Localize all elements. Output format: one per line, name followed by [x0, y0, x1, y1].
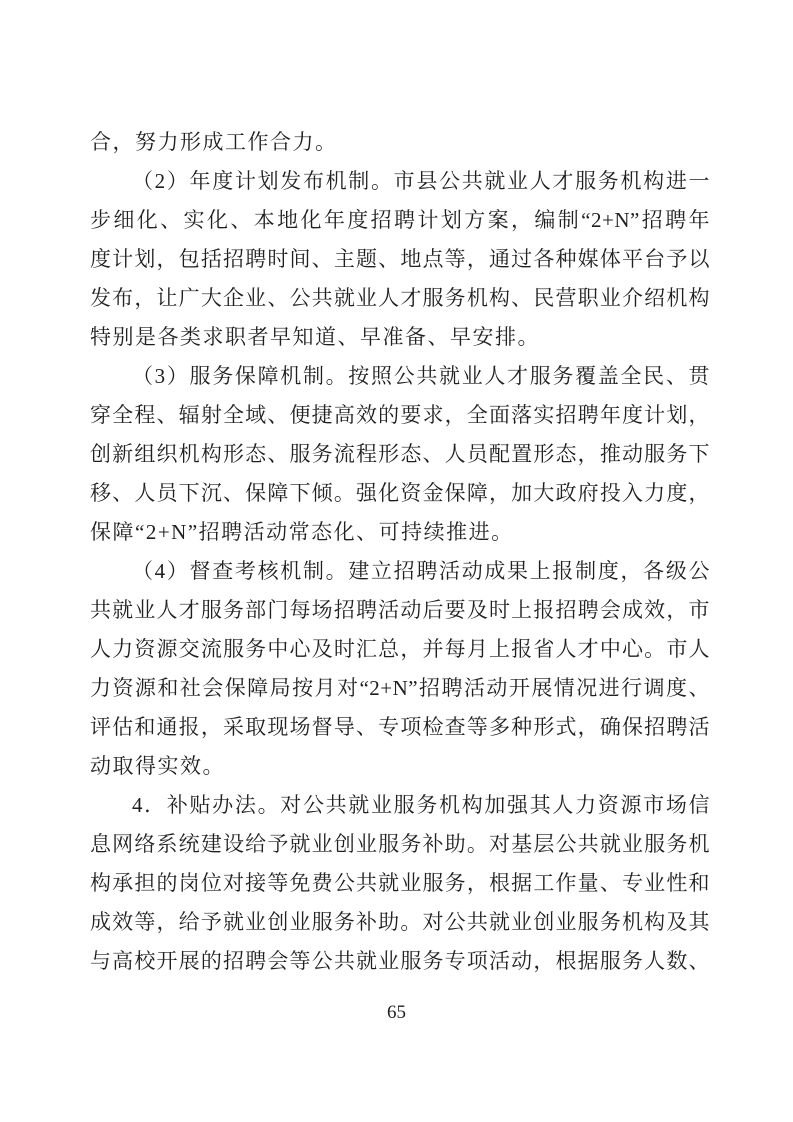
text-line: 成效等，给予就业创业服务补助。对公共就业创业服务机构及其	[90, 903, 710, 942]
document-page: 合，努力形成工作合力。（2）年度计划发布机制。市县公共就业人才服务机构进一步细化…	[0, 0, 793, 1122]
page-number: 65	[0, 1000, 793, 1026]
text-line: （4）督查考核机制。建立招聘活动成果上报制度，各级公	[90, 552, 710, 591]
text-line: （2）年度计划发布机制。市县公共就业人才服务机构进一	[90, 162, 710, 201]
text-line: 特别是各类求职者早知道、早准备、早安排。	[90, 318, 710, 357]
text-line: （3）服务保障机制。按照公共就业人才服务覆盖全民、贯	[90, 357, 710, 396]
text-line: 评估和通报，采取现场督导、专项检查等多种形式，确保招聘活	[90, 708, 710, 747]
text-line: 人力资源交流服务中心及时汇总，并每月上报省人才中心。市人	[90, 630, 710, 669]
text-line: 度计划，包括招聘时间、主题、地点等，通过各种媒体平台予以	[90, 240, 710, 279]
text-line: 保障“2+N”招聘活动常态化、可持续推进。	[90, 513, 710, 552]
text-line: 创新组织机构形态、服务流程形态、人员配置形态，推动服务下	[90, 435, 710, 474]
text-line: 移、人员下沉、保障下倾。强化资金保障，加大政府投入力度，	[90, 474, 710, 513]
text-line: 发布，让广大企业、公共就业人才服务机构、民营职业介绍机构	[90, 279, 710, 318]
text-line: 4．补贴办法。对公共就业服务机构加强其人力资源市场信	[90, 786, 710, 825]
text-line: 构承担的岗位对接等免费公共就业服务，根据工作量、专业性和	[90, 864, 710, 903]
text-line: 步细化、实化、本地化年度招聘计划方案，编制“2+N”招聘年	[90, 201, 710, 240]
text-line: 息网络系统建设给予就业创业服务补助。对基层公共就业服务机	[90, 825, 710, 864]
text-line: 穿全程、辐射全域、便捷高效的要求，全面落实招聘年度计划，	[90, 396, 710, 435]
text-line: 与高校开展的招聘会等公共就业服务专项活动，根据服务人数、	[90, 942, 710, 981]
body-text: 合，努力形成工作合力。（2）年度计划发布机制。市县公共就业人才服务机构进一步细化…	[90, 123, 710, 981]
text-line: 合，努力形成工作合力。	[90, 123, 710, 162]
text-line: 共就业人才服务部门每场招聘活动后要及时上报招聘会成效，市	[90, 591, 710, 630]
text-line: 动取得实效。	[90, 747, 710, 786]
text-line: 力资源和社会保障局按月对“2+N”招聘活动开展情况进行调度、	[90, 669, 710, 708]
